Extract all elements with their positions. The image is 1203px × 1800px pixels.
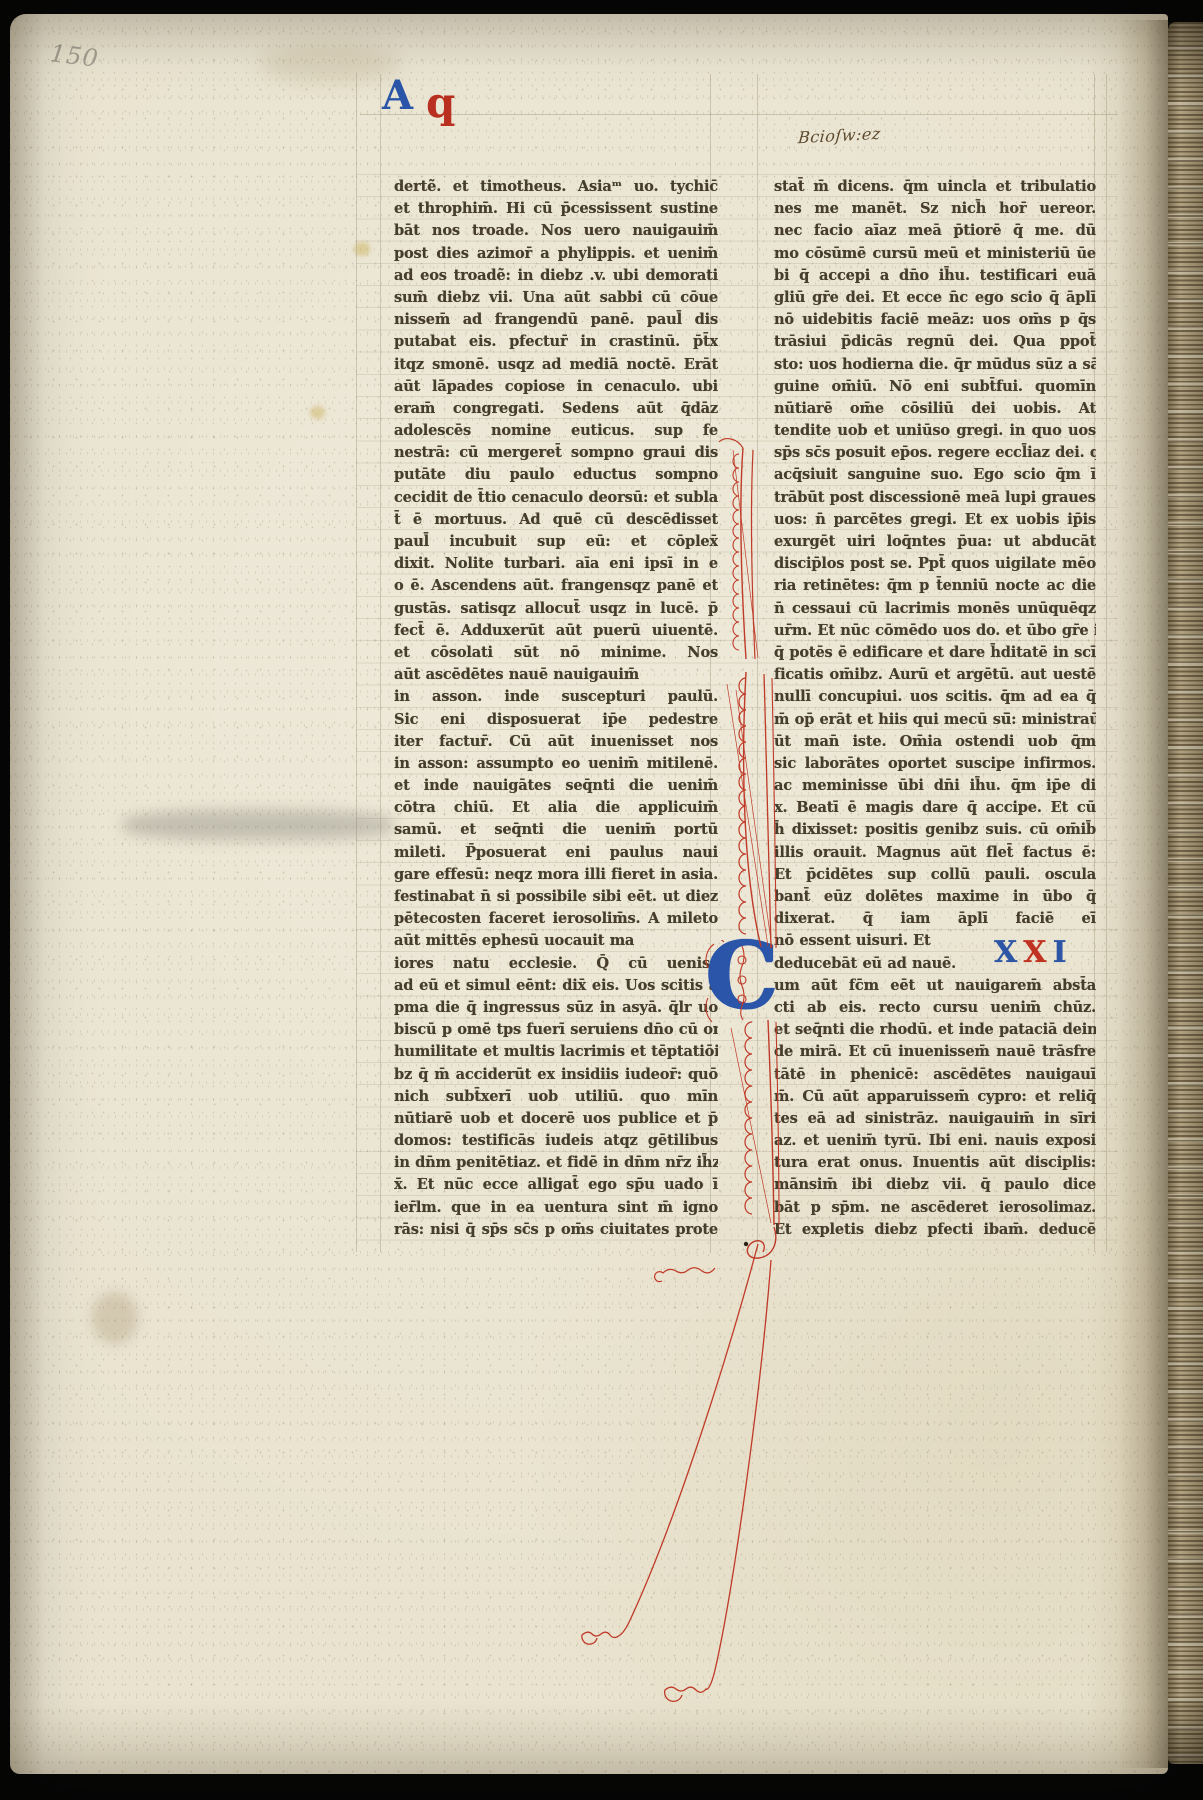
text-line: adolescēs nomine euticus. sup fe: [394, 420, 718, 442]
text-line: sic laborātes oportet suscipe infirmos.: [774, 753, 1096, 775]
text-line: q̄ potēs ē edificare et dare h̄ditatē in…: [774, 642, 1096, 664]
text-line: eram̄ congregati. Sedens aūt q̄dāz: [394, 398, 718, 420]
text-line: t̄ ē mortuus. Ad quē cū descēdisset: [394, 509, 718, 531]
ruling-line-vertical: [380, 74, 381, 1252]
text-line: iter factur̄. Cū aūt inuenisset nos: [394, 731, 718, 753]
text-line: stat̄ m̄ dicens. q̄m uincla et tribulati…: [774, 176, 1096, 198]
text-line: nec facio aīaz meā p̄tiorē q̄ me. dū: [774, 220, 1096, 242]
text-line: nestrā: cū mergeret̄ sompno graui dis: [394, 442, 718, 464]
book-fore-edge-pages: [1168, 22, 1203, 1764]
text-line: tura erat onus. Inuentis aūt disciplis:: [774, 1152, 1096, 1174]
text-line: festinabat n̄ si possibile sibi eēt. ut …: [394, 886, 718, 908]
text-line: bi q̄ accepi a dn̄o ih̄u. testificari eu…: [774, 265, 1096, 287]
text-line: x̄. Et nūc ecce alligat̄ ego sp̄u uado ī: [394, 1174, 718, 1196]
photograph-stage: 150 A q Bcioſw:ez dertẽ. et timotheus. A…: [0, 0, 1203, 1800]
left-text-column: dertẽ. et timotheus. Asiaᵐ uo. tychic̄et…: [394, 176, 718, 1241]
text-line: in asson. inde suscepturi paulū.: [394, 686, 718, 708]
text-line: humilitate et multis lacrimis et tēptati…: [394, 1041, 718, 1063]
text-line: post dies azimor̄ a phylippis. et uenim̄: [394, 243, 718, 265]
text-line: Et expletis diebz pfecti ibam̄. deducē: [774, 1219, 1096, 1241]
text-line: aūt ascēdētes nauē nauigauim̄: [394, 664, 718, 686]
text-line: pētecosten faceret ierosolim̄s. A mileto: [394, 908, 718, 930]
text-line: dixerat. q̄ iam āplī faciē eī̄: [774, 908, 1096, 930]
text-line: gare effesū: neqz mora illi fieret in as…: [394, 864, 718, 886]
text-line: bāt nos troade. Nos uero nauigauim̄: [394, 220, 718, 242]
folio-pencil-mark: 150: [48, 39, 100, 73]
manuscript-page: 150 A q Bcioſw:ez dertẽ. et timotheus. A…: [10, 14, 1168, 1774]
text-line: tes eā ad sinistrāz. nauigauim̄ in sīri: [774, 1108, 1096, 1130]
text-line: rās: nisi q̄ sp̄s sc̄s p om̄s ciuitates …: [394, 1219, 718, 1241]
chapter-numeral-letter: X: [994, 938, 1017, 968]
text-line: ria retinētes: q̄m p t̄enniū nocte ac di…: [774, 575, 1096, 597]
right-text-column: stat̄ m̄ dicens. q̄m uincla et tribulati…: [774, 176, 1096, 1241]
text-line: ur̄m. Et nūc cōmēdo uos do. et ūbo gr̄e …: [774, 620, 1096, 642]
text-line: in asson: assumpto eo uenim̄ mitilenē.: [394, 753, 718, 775]
stain-brown-spot: [92, 1292, 138, 1344]
text-line: mo cōsūmē cursū meū et ministeriū ūe: [774, 243, 1096, 265]
text-line: nullī concupiui. uos scitis. q̄m ad ea q…: [774, 686, 1096, 708]
text-line: ad eū et simul eēnt: dix̄ eis. Uos sciti…: [394, 975, 718, 997]
marginal-annotation: Bcioſw:ez: [797, 124, 881, 147]
text-line: exurgēt uiri loq̄ntes p̄ua: ut abducāt: [774, 531, 1096, 553]
initial-filigree-penwork: [702, 940, 782, 1026]
text-line: itqz smonē. usqz ad mediā noctē. Erāt: [394, 354, 718, 376]
text-line: ac meminisse ūbi dn̄i ih̄u. q̄m ip̄e di: [774, 775, 1096, 797]
text-line: m̄. Cū aūt apparuissem̄ cypro: et reliq̄: [774, 1086, 1096, 1108]
text-line: bāt p sp̄m. ne ascēderet ierosolimaz.: [774, 1197, 1096, 1219]
stain-smudge-band: [122, 810, 394, 840]
text-line: mānsim̄ ibi diebz vii. q̄ paulo dice: [774, 1174, 1096, 1196]
text-line: aūt lāpades copiose in cenaculo. ubi: [394, 376, 718, 398]
text-line: guine om̄iū. Nō eni subt̄fui. quomīn: [774, 376, 1096, 398]
text-line: uos: n̄ parcētes gregi. Et ex uobis ip̄i…: [774, 509, 1096, 531]
text-line: trāsiui p̄dicās regnū dei. Qua ppot̄: [774, 331, 1096, 353]
chapter-numeral-letter: X: [1023, 938, 1046, 968]
text-line: pma die q̄ ingressus sūz in asyā. q̄lr u…: [394, 997, 718, 1019]
text-line: fect̄ ē. Adduxerūt aūt puerū uiuentē.: [394, 620, 718, 642]
text-line: Et p̄cidētes sup collū pauli. oscula: [774, 864, 1096, 886]
ruling-line-horizontal-top: [360, 114, 1118, 115]
text-line: nissem̄ ad frangendū panē. paul̄ dis: [394, 309, 718, 331]
text-line: trābūt post discessionē meā lupi graues …: [774, 487, 1096, 509]
text-line: de mirā. Et cū inuenissem̄ nauē trāsfre: [774, 1041, 1096, 1063]
text-line: az. et uenim̄ tyrū. Ibi eni. nauis expos…: [774, 1130, 1096, 1152]
text-line: discip̄los post se. Ppt̄ quos uigilate m…: [774, 553, 1096, 575]
text-line: sp̄s sc̄s posuit ep̄os. regere eccl̄iaz …: [774, 442, 1096, 464]
chapter-number-xxi: XXI: [994, 938, 1073, 968]
text-line: bz q̄ m̄ acciderūt ex insidiis iudeor̄: …: [394, 1064, 718, 1086]
text-line: m̄ op̄ erāt et hiis qui mecū sū̄: minist…: [774, 709, 1096, 731]
ruling-line-vertical: [757, 74, 758, 1252]
decorated-initial-C: C: [702, 940, 782, 1026]
text-line: putāte diu paulo eductus sompno: [394, 464, 718, 486]
text-line: nich subt̄xerī uob utiliū. quo mīn: [394, 1086, 718, 1108]
text-line: illis orauit. Magnus aūt flet̄ factus ē:: [774, 842, 1096, 864]
text-line: ficatis om̄ibz. Aurū et argētū. aut uest…: [774, 664, 1096, 686]
text-line: h̄ dixisset: positis genibz suis. cū om̄…: [774, 819, 1096, 841]
text-line: gliū gr̄e dei. Et ecce n̄c ego scio q̄ ā…: [774, 287, 1096, 309]
text-line: n̄ cessaui cū lacrimis monēs unūquēqz: [774, 598, 1096, 620]
text-line: cōtra chiū. Et alia die applicuim̄: [394, 797, 718, 819]
text-line: iores natu ecclesie. Q̄ cū ueniss̄: [394, 953, 718, 975]
text-line: acq̄siuit sanguine suo. Ego scio q̄m ī: [774, 464, 1096, 486]
text-line: samū. et seq̄nti die uenim̄ portū: [394, 819, 718, 841]
text-line: tendite uob et uniūso gregi. in quo uos: [774, 420, 1096, 442]
text-line: aūt mittēs ephesū uocauit ma: [394, 930, 718, 952]
text-line: bant̄ eūz dolētes maxime in ūbo q̄: [774, 886, 1096, 908]
running-title-letter-red: q: [426, 82, 455, 124]
text-line: ūt man̄ iste. Om̄ia ostendi uob q̄m: [774, 731, 1096, 753]
text-line: et throphim̄. Hi cū p̄cessissent sustine: [394, 198, 718, 220]
text-line: nūtiarē uob et docerē uos publice et p̄: [394, 1108, 718, 1130]
text-line: cecidit de t̄tio cenaculo deorsū: et sub…: [394, 487, 718, 509]
text-line: ad eos troadẽ: in diebz .v. ubi demorati: [394, 265, 718, 287]
text-line: x. Beatī ē magis dare q̄ accipe. Et cū: [774, 797, 1096, 819]
text-line: paul̄ incubuit sup eū: et cōplex̄: [394, 531, 718, 553]
text-line: gustās. satisqz allocut̄ usqz in lucē. p…: [394, 598, 718, 620]
text-line: mileti. P̄posuerat eni paulus naui: [394, 842, 718, 864]
running-title-letter-blue: A: [382, 76, 413, 116]
text-line: dertẽ. et timotheus. Asiaᵐ uo. tychic̄: [394, 176, 718, 198]
stain-yellow-spot: [310, 406, 325, 419]
text-line: nō uidebitis faciē meāz: uos om̄s p q̄s: [774, 309, 1096, 331]
text-line: sto: uos hodierna die. q̄r mūdus sūz a s…: [774, 354, 1096, 376]
text-line: cti ab eis. recto cursu uenim̄ chūz.: [774, 997, 1096, 1019]
text-line: et inde nauigātes seq̄nti die uenim̄: [394, 775, 718, 797]
text-line: et seq̄nti die rhodū. et inde pataciā de…: [774, 1019, 1096, 1041]
text-line: um aūt fc̄m eēt ut nauigarem̄ abst̄a: [774, 975, 1096, 997]
text-line: tātē in phenicē: ascēdētes nauigauī: [774, 1064, 1096, 1086]
text-line: nūtiarē om̄e cōsiliū dei uobis. At: [774, 398, 1096, 420]
ruling-line-vertical: [356, 74, 357, 1252]
text-line: domos: testificās iudeis atqz gētilibus: [394, 1130, 718, 1152]
text-line: et cōsolati sūt nō minime. Nos: [394, 642, 718, 664]
text-line: sum̄ diebz vii. Una aūt sabbi cū cōue: [394, 287, 718, 309]
text-line: nes me manēt. Sz nich̄ hor̄ uereor.: [774, 198, 1096, 220]
stain-top-smudge: [260, 44, 400, 84]
text-line: putabat eis. pfectur̄ in crastinū. p̄t̄x: [394, 331, 718, 353]
text-line: Sic eni disposuerat ip̄e pedestre: [394, 709, 718, 731]
text-line: dixit. Nolite turbari. aīa eni ipsī in e: [394, 553, 718, 575]
text-line: ier̄lm. que in ea uentura sint m̄ igno: [394, 1197, 718, 1219]
text-line: in dn̄m penitētiaz. et fidē in dn̄m nr̄z…: [394, 1152, 718, 1174]
ruling-line-vertical: [1106, 74, 1107, 1252]
text-line: o ē. Ascendens aūt. frangensqz panē et: [394, 575, 718, 597]
chapter-numeral-letter: I: [1053, 938, 1067, 968]
text-line: biscū p omē tps fuerī seruiens dn̄o cū o…: [394, 1019, 718, 1041]
